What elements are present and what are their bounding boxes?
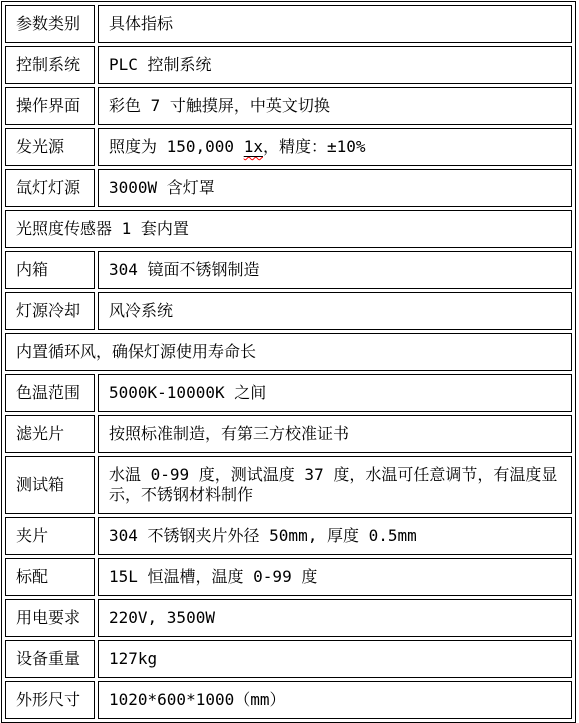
- spec-row-test-chamber: 测试箱 水温 0-99 度，测试温度 37 度，水温可任意调节，有温度显示，不锈…: [5, 456, 572, 514]
- header-cell-param-category: 参数类别: [5, 5, 95, 43]
- param-value-cell: PLC 控制系统: [98, 46, 572, 84]
- spec-row-color-temperature: 色温范围 5000K-10000K 之间: [5, 374, 572, 412]
- spec-row-illuminance-sensor: 光照度传感器 1 套内置: [5, 210, 572, 248]
- spec-table: 参数类别 具体指标 控制系统 PLC 控制系统 操作界面 彩色 7 寸触摸屏，中…: [1, 1, 576, 723]
- param-name-cell: 外形尺寸: [5, 681, 95, 719]
- spec-row-xenon-lamp: 氙灯灯源 3000W 含灯罩: [5, 169, 572, 207]
- param-value-cell: 220V, 3500W: [98, 599, 572, 637]
- param-value-cell: 1020*600*1000（mm）: [98, 681, 572, 719]
- param-value-cell: 照度为 150,000 1x，精度：±10%: [98, 128, 572, 166]
- param-name-cell: 内箱: [5, 251, 95, 289]
- header-cell-spec-value: 具体指标: [98, 5, 572, 43]
- param-value-cell: 水温 0-99 度，测试温度 37 度，水温可任意调节，有温度显示，不锈钢材料制…: [98, 456, 572, 514]
- spec-row-filter: 滤光片 按照标准制造，有第三方校准证书: [5, 415, 572, 453]
- param-name-cell: 控制系统: [5, 46, 95, 84]
- param-value-cell: 按照标准制造，有第三方校准证书: [98, 415, 572, 453]
- spec-row-operation-interface: 操作界面 彩色 7 寸触摸屏，中英文切换: [5, 87, 572, 125]
- spec-row-lamp-cooling: 灯源冷却 风冷系统: [5, 292, 572, 330]
- param-name-cell: 氙灯灯源: [5, 169, 95, 207]
- param-name-cell: 发光源: [5, 128, 95, 166]
- spec-row-standard-config: 标配 15L 恒温槽，温度 0-99 度: [5, 558, 572, 596]
- param-value-cell: 127kg: [98, 640, 572, 678]
- param-value-cell: 5000K-10000K 之间: [98, 374, 572, 412]
- param-value-cell: 304 不锈钢夹片外径 50mm, 厚度 0.5mm: [98, 517, 572, 555]
- param-value-cell: 风冷系统: [98, 292, 572, 330]
- spec-row-dimensions: 外形尺寸 1020*600*1000（mm）: [5, 681, 572, 719]
- spec-row-equipment-weight: 设备重量 127kg: [5, 640, 572, 678]
- param-name-cell: 夹片: [5, 517, 95, 555]
- spec-row-circulating-air: 内置循环风，确保灯源使用寿命长: [5, 333, 572, 371]
- illuminance-text-prefix: 照度为 150,000: [109, 137, 244, 156]
- param-name-cell: 灯源冷却: [5, 292, 95, 330]
- spellcheck-squiggle: 1x: [244, 137, 263, 156]
- param-value-cell: 3000W 含灯罩: [98, 169, 572, 207]
- param-name-cell: 操作界面: [5, 87, 95, 125]
- param-value-cell: 15L 恒温槽，温度 0-99 度: [98, 558, 572, 596]
- spec-row-light-source: 发光源 照度为 150,000 1x，精度：±10%: [5, 128, 572, 166]
- param-value-cell: 彩色 7 寸触摸屏，中英文切换: [98, 87, 572, 125]
- lux-unit-text: 1x: [244, 137, 263, 156]
- spec-row-power-requirement: 用电要求 220V, 3500W: [5, 599, 572, 637]
- spec-row-inner-box: 内箱 304 镜面不锈钢制造: [5, 251, 572, 289]
- param-name-cell: 标配: [5, 558, 95, 596]
- param-name-cell: 用电要求: [5, 599, 95, 637]
- param-name-cell: 测试箱: [5, 456, 95, 514]
- spec-row-control-system: 控制系统 PLC 控制系统: [5, 46, 572, 84]
- param-name-cell: 色温范围: [5, 374, 95, 412]
- spec-row-clip: 夹片 304 不锈钢夹片外径 50mm, 厚度 0.5mm: [5, 517, 572, 555]
- full-span-cell: 内置循环风，确保灯源使用寿命长: [5, 333, 572, 371]
- param-name-cell: 滤光片: [5, 415, 95, 453]
- param-value-cell: 304 镜面不锈钢制造: [98, 251, 572, 289]
- param-name-cell: 设备重量: [5, 640, 95, 678]
- full-span-cell: 光照度传感器 1 套内置: [5, 210, 572, 248]
- illuminance-text-suffix: ，精度：±10%: [263, 137, 366, 156]
- header-row: 参数类别 具体指标: [5, 5, 572, 43]
